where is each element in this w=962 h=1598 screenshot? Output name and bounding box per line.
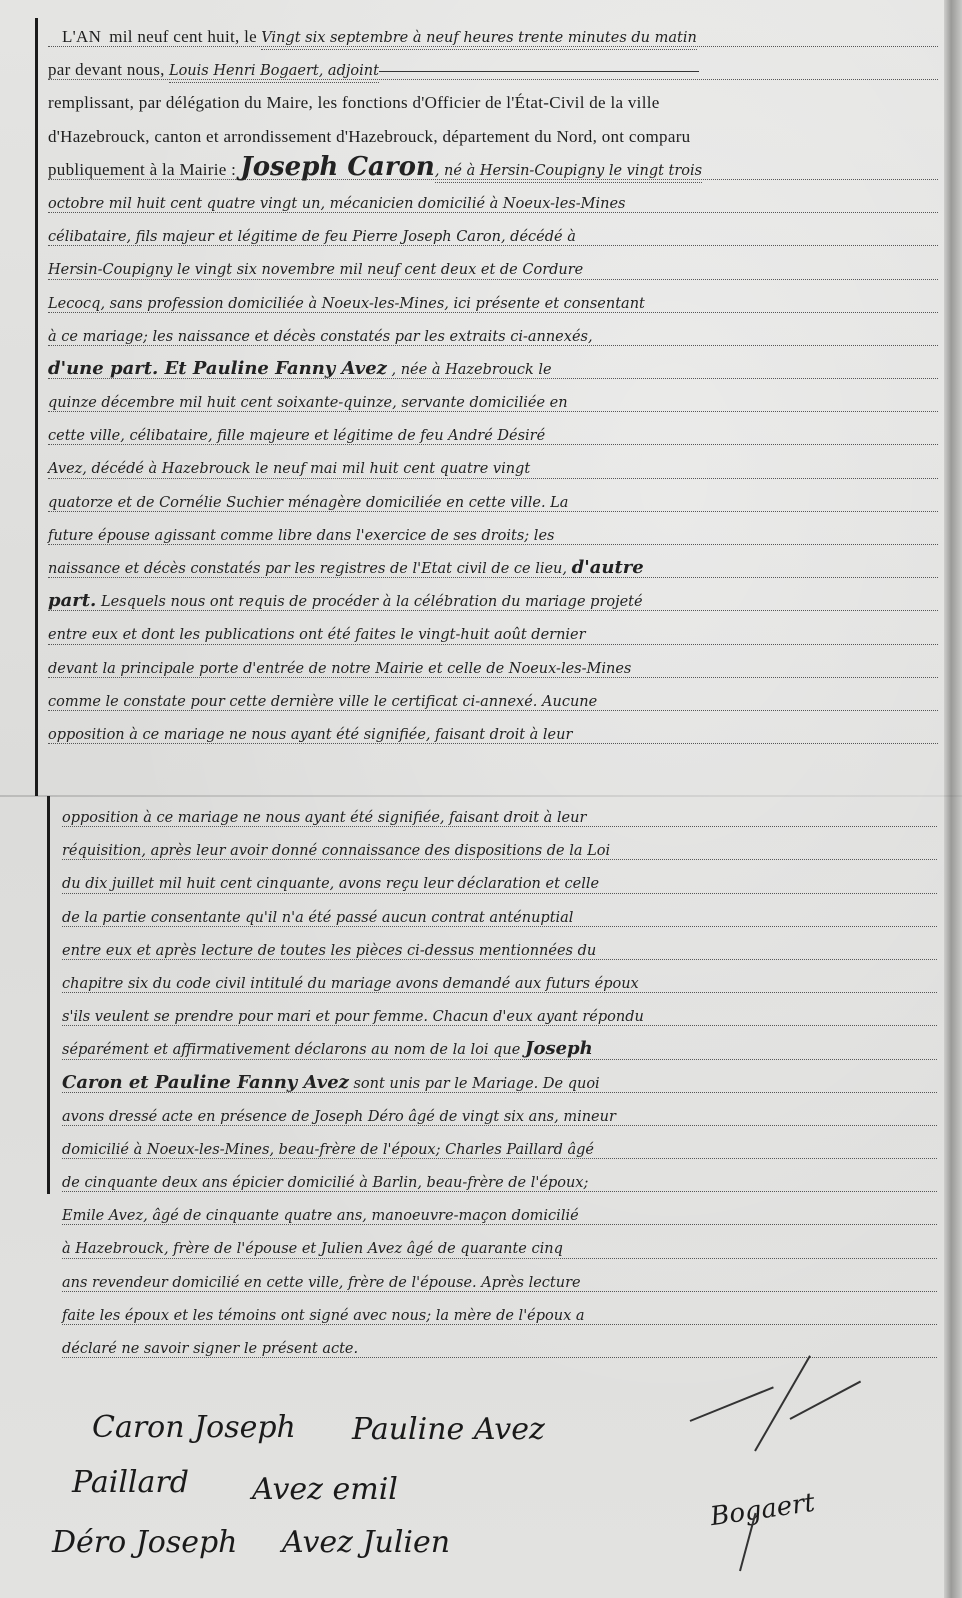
record-line: entre eux et après lecture de toutes les… [62, 933, 937, 966]
handwritten-text: à Hazebrouck, frère de l'épouse et Julie… [62, 1241, 563, 1257]
page-binding-edge [944, 0, 962, 1598]
record-line: de cinquante deux ans épicier domicilié … [62, 1165, 937, 1198]
printed-text: remplissant, par délégation du Maire, le… [48, 93, 660, 112]
handwritten-emphasis: d'une part. Et Pauline Fanny Avez [48, 358, 387, 379]
register-page: L'ANmil neuf cent huit, le Vingt six sep… [0, 0, 962, 1598]
signature: Caron Joseph [92, 1410, 296, 1445]
line-content: entre eux et après lecture de toutes les… [62, 935, 596, 968]
line-content: part. Lesquels nous ont requis de procéd… [48, 584, 643, 619]
line-content: à ce mariage; les naissance et décès con… [48, 321, 593, 354]
record-line: Caron et Pauline Fanny Avez sont unis pa… [62, 1066, 937, 1099]
record-line: opposition à ce mariage ne nous ayant ét… [62, 800, 937, 833]
record-line: s'ils veulent se prendre pour mari et po… [62, 999, 937, 1032]
handwritten-text: déclaré ne savoir signer le présent acte… [62, 1341, 358, 1357]
handwritten-text: quinze décembre mil huit cent soixante-q… [48, 395, 568, 411]
printed-prefix: L'AN [62, 27, 101, 46]
printed-text: mil neuf cent huit, le [109, 27, 257, 46]
record-line: devant la principale porte d'entrée de n… [48, 651, 938, 684]
signature: Pauline Avez [352, 1412, 545, 1447]
line-content: chapitre six du code civil intitulé du m… [62, 968, 639, 1001]
handwritten-text: entre eux et dont les publications ont é… [48, 627, 586, 643]
handwritten-text: s'ils veulent se prendre pour mari et po… [62, 1009, 644, 1025]
record-line: à Hazebrouck, frère de l'épouse et Julie… [62, 1231, 937, 1264]
handwritten-text: comme le constate pour cette dernière vi… [48, 694, 597, 710]
record-line: cette ville, célibataire, fille majeure … [48, 418, 938, 451]
printed-text: d'Hazebrouck, canton et arrondissement d… [48, 127, 690, 146]
record-line: future épouse agissant comme libre dans … [48, 518, 938, 551]
record-line: entre eux et dont les publications ont é… [48, 617, 938, 650]
record-line: réquisition, après leur avoir donné conn… [62, 833, 937, 866]
line-content: Lecocq, sans profession domiciliée à Noe… [48, 288, 645, 321]
record-line: célibataire, fils majeur et légitime de … [48, 219, 938, 252]
line-content: à Hazebrouck, frère de l'épouse et Julie… [62, 1233, 563, 1266]
signature: Avez Julien [282, 1525, 450, 1560]
handwritten-text: ans revendeur domicilié en cette ville, … [62, 1275, 581, 1291]
handwritten-fill: Vingt six septembre à neuf heures trente… [261, 27, 697, 50]
line-content: Caron et Pauline Fanny Avez sont unis pa… [62, 1066, 600, 1101]
line-content: quinze décembre mil huit cent soixante-q… [48, 387, 568, 420]
record-body-bottom: opposition à ce mariage ne nous ayant ét… [62, 800, 937, 1364]
line-content: future épouse agissant comme libre dans … [48, 520, 554, 553]
line-content: naissance et décès constatés par les reg… [48, 551, 644, 586]
line-content: domicilié à Noeux-les-Mines, beau-frère … [62, 1134, 594, 1167]
handwritten-text: quatorze et de Cornélie Suchier ménagère… [48, 495, 568, 511]
handwritten-text: opposition à ce mariage ne nous ayant ét… [48, 727, 572, 743]
handwritten-text: célibataire, fils majeur et légitime de … [48, 229, 576, 245]
line-content: par devant nous, Louis Henri Bogaert, ad… [48, 53, 699, 86]
record-line: L'ANmil neuf cent huit, le Vingt six sep… [48, 20, 938, 53]
officer-signature: Bogaert [700, 1440, 840, 1580]
margin-rule-bottom [47, 796, 50, 1194]
record-line: quinze décembre mil huit cent soixante-q… [48, 385, 938, 418]
record-line: comme le constate pour cette dernière vi… [48, 684, 938, 717]
line-content: publiquement à la Mairie : Joseph Caron,… [48, 153, 702, 186]
record-line: domicilié à Noeux-les-Mines, beau-frère … [62, 1132, 937, 1165]
line-content: de la partie consentante qu'il n'a été p… [62, 902, 573, 935]
line-content: faite les époux et les témoins ont signé… [62, 1300, 585, 1333]
officer-signature-text: Bogaert [708, 1488, 816, 1532]
handwritten-text: , née à Hazebrouck le [392, 362, 552, 378]
line-content: avons dressé acte en présence de Joseph … [62, 1101, 616, 1134]
record-line: quatorze et de Cornélie Suchier ménagère… [48, 485, 938, 518]
handwritten-text: du dix juillet mil huit cent cinquante, … [62, 876, 599, 892]
line-content: octobre mil huit cent quatre vingt un, m… [48, 188, 625, 221]
record-line: opposition à ce mariage ne nous ayant ét… [48, 717, 938, 750]
handwritten-text: séparément et affirmativement déclarons … [62, 1042, 520, 1058]
handwritten-text: domicilié à Noeux-les-Mines, beau-frère … [62, 1142, 594, 1158]
record-line: faite les époux et les témoins ont signé… [62, 1298, 937, 1331]
record-line: séparément et affirmativement déclarons … [62, 1032, 937, 1065]
handwritten-fill: Louis Henri Bogaert, adjoint [169, 60, 379, 83]
line-content: remplissant, par délégation du Maire, le… [48, 86, 660, 119]
line-content: Hersin-Coupigny le vingt six novembre mi… [48, 254, 583, 287]
line-content: de cinquante deux ans épicier domicilié … [62, 1167, 588, 1200]
line-content: quatorze et de Cornélie Suchier ménagère… [48, 487, 568, 520]
record-line: chapitre six du code civil intitulé du m… [62, 966, 937, 999]
signature: Paillard [72, 1465, 189, 1500]
handwritten-text: devant la principale porte d'entrée de n… [48, 661, 631, 677]
handwritten-fill: , né à Hersin-Coupigny le vingt trois [435, 160, 702, 183]
handwritten-text: Lesquels nous ont requis de procéder à l… [101, 594, 643, 610]
line-content: séparément et affirmativement déclarons … [62, 1032, 593, 1067]
printed-text: publiquement à la Mairie : [48, 160, 236, 179]
handwritten-text: opposition à ce mariage ne nous ayant ét… [62, 810, 586, 826]
record-line: Hersin-Coupigny le vingt six novembre mi… [48, 252, 938, 285]
line-content: L'ANmil neuf cent huit, le Vingt six sep… [48, 20, 697, 53]
handwritten-text: entre eux et après lecture de toutes les… [62, 943, 596, 959]
handwritten-text: octobre mil huit cent quatre vingt un, m… [48, 196, 625, 212]
handwritten-text: naissance et décès constatés par les reg… [48, 561, 567, 577]
line-content: Avez, décédé à Hazebrouck le neuf mai mi… [48, 453, 530, 486]
record-line: ans revendeur domicilié en cette ville, … [62, 1265, 937, 1298]
line-content: d'Hazebrouck, canton et arrondissement d… [48, 120, 690, 153]
handwritten-name: Joseph Caron [240, 153, 434, 181]
fill-line [379, 71, 699, 72]
record-line: d'une part. Et Pauline Fanny Avez , née … [48, 352, 938, 385]
handwritten-text: chapitre six du code civil intitulé du m… [62, 976, 639, 992]
record-body-top: L'ANmil neuf cent huit, le Vingt six sep… [48, 20, 938, 750]
record-line: naissance et décès constatés par les reg… [48, 551, 938, 584]
handwritten-text: Avez, décédé à Hazebrouck le neuf mai mi… [48, 461, 530, 477]
handwritten-text: Lecocq, sans profession domiciliée à Noe… [48, 296, 645, 312]
handwritten-emphasis: Joseph [525, 1038, 593, 1059]
line-content: devant la principale porte d'entrée de n… [48, 653, 631, 686]
record-line: à ce mariage; les naissance et décès con… [48, 319, 938, 352]
handwritten-text: de cinquante deux ans épicier domicilié … [62, 1175, 588, 1191]
handwritten-text: Emile Avez, âgé de cinquante quatre ans,… [62, 1208, 579, 1224]
record-line: d'Hazebrouck, canton et arrondissement d… [48, 120, 938, 153]
handwritten-emphasis: d'autre [572, 557, 644, 578]
record-line: de la partie consentante qu'il n'a été p… [62, 900, 937, 933]
handwritten-text: réquisition, après leur avoir donné conn… [62, 843, 610, 859]
printed-text: par devant nous, [48, 60, 165, 79]
handwritten-text: cette ville, célibataire, fille majeure … [48, 428, 545, 444]
line-content: s'ils veulent se prendre pour mari et po… [62, 1001, 644, 1034]
handwritten-text: avons dressé acte en présence de Joseph … [62, 1109, 616, 1125]
line-content: cette ville, célibataire, fille majeure … [48, 420, 545, 453]
line-content: célibataire, fils majeur et légitime de … [48, 221, 576, 254]
record-line: octobre mil huit cent quatre vingt un, m… [48, 186, 938, 219]
signature: Déro Joseph [52, 1525, 238, 1560]
scan-stitch-seam [0, 795, 962, 797]
handwritten-text: Hersin-Coupigny le vingt six novembre mi… [48, 262, 583, 278]
handwritten-text: de la partie consentante qu'il n'a été p… [62, 910, 573, 926]
record-line: Lecocq, sans profession domiciliée à Noe… [48, 286, 938, 319]
handwritten-emphasis: part. [48, 590, 96, 611]
line-content: entre eux et dont les publications ont é… [48, 619, 586, 652]
record-line: par devant nous, Louis Henri Bogaert, ad… [48, 53, 938, 86]
margin-rule-top [35, 18, 38, 796]
record-line: Emile Avez, âgé de cinquante quatre ans,… [62, 1198, 937, 1231]
line-content: déclaré ne savoir signer le présent acte… [62, 1333, 358, 1366]
line-content: du dix juillet mil huit cent cinquante, … [62, 868, 599, 901]
line-content: opposition à ce mariage ne nous ayant ét… [62, 802, 586, 835]
handwritten-text: future épouse agissant comme libre dans … [48, 528, 554, 544]
record-line: avons dressé acte en présence de Joseph … [62, 1099, 937, 1132]
handwritten-text: à ce mariage; les naissance et décès con… [48, 329, 593, 345]
handwritten-text: sont unis par le Mariage. De quoi [353, 1076, 599, 1092]
signature: Avez emil [252, 1472, 398, 1507]
handwritten-emphasis: Caron et Pauline Fanny Avez [62, 1072, 349, 1093]
record-line: Avez, décédé à Hazebrouck le neuf mai mi… [48, 451, 938, 484]
line-content: d'une part. Et Pauline Fanny Avez , née … [48, 352, 552, 387]
record-line: du dix juillet mil huit cent cinquante, … [62, 866, 937, 899]
record-line: remplissant, par délégation du Maire, le… [48, 86, 938, 119]
line-content: ans revendeur domicilié en cette ville, … [62, 1267, 581, 1300]
handwritten-text: faite les époux et les témoins ont signé… [62, 1308, 585, 1324]
line-content: Emile Avez, âgé de cinquante quatre ans,… [62, 1200, 579, 1233]
line-content: réquisition, après leur avoir donné conn… [62, 835, 610, 868]
record-line: part. Lesquels nous ont requis de procéd… [48, 584, 938, 617]
line-content: opposition à ce mariage ne nous ayant ét… [48, 719, 572, 752]
line-content: comme le constate pour cette dernière vi… [48, 686, 597, 719]
record-line: publiquement à la Mairie : Joseph Caron,… [48, 153, 938, 186]
